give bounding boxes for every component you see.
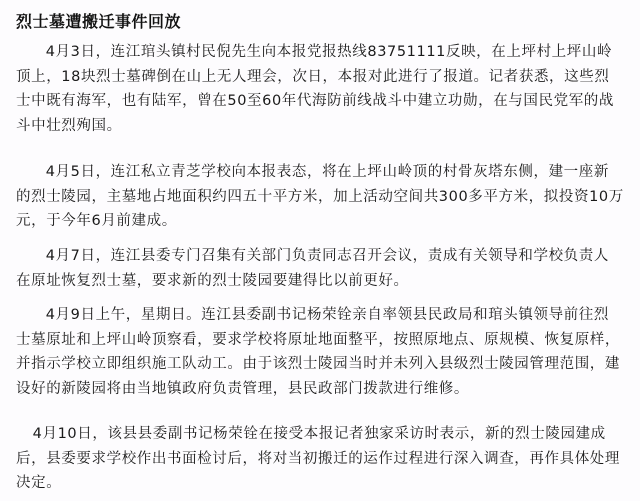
article-title: 烈士墓遭搬迁事件回放 xyxy=(16,10,181,34)
paragraph-apr7: 4月7日，连江县委专门召集有关部门负责同志召开会议，责成有关领导和学校负责人在原… xyxy=(16,244,624,293)
paragraph-apr10: 4月10日，该县县委副书记杨荣铨在接受本报记者独家采访时表示，新的烈士陵园建成后… xyxy=(16,422,624,496)
paragraph-apr3: 4月3日，连江琯头镇村民倪先生向本报党报热线83751111反映，在上坪村上坪山… xyxy=(16,40,624,138)
paragraph-apr5: 4月5日，连江私立青芝学校向本报表态，将在上坪山岭顶的村骨灰塔东侧，建一座新的烈… xyxy=(16,160,624,234)
paragraph-apr9: 4月9日上午，星期日。连江县委副书记杨荣铨亲自率领县民政局和琯头镇领导前往烈士墓… xyxy=(16,303,624,401)
article: 烈士墓遭搬迁事件回放 4月3日，连江琯头镇村民倪先生向本报党报热线8375111… xyxy=(0,0,640,501)
